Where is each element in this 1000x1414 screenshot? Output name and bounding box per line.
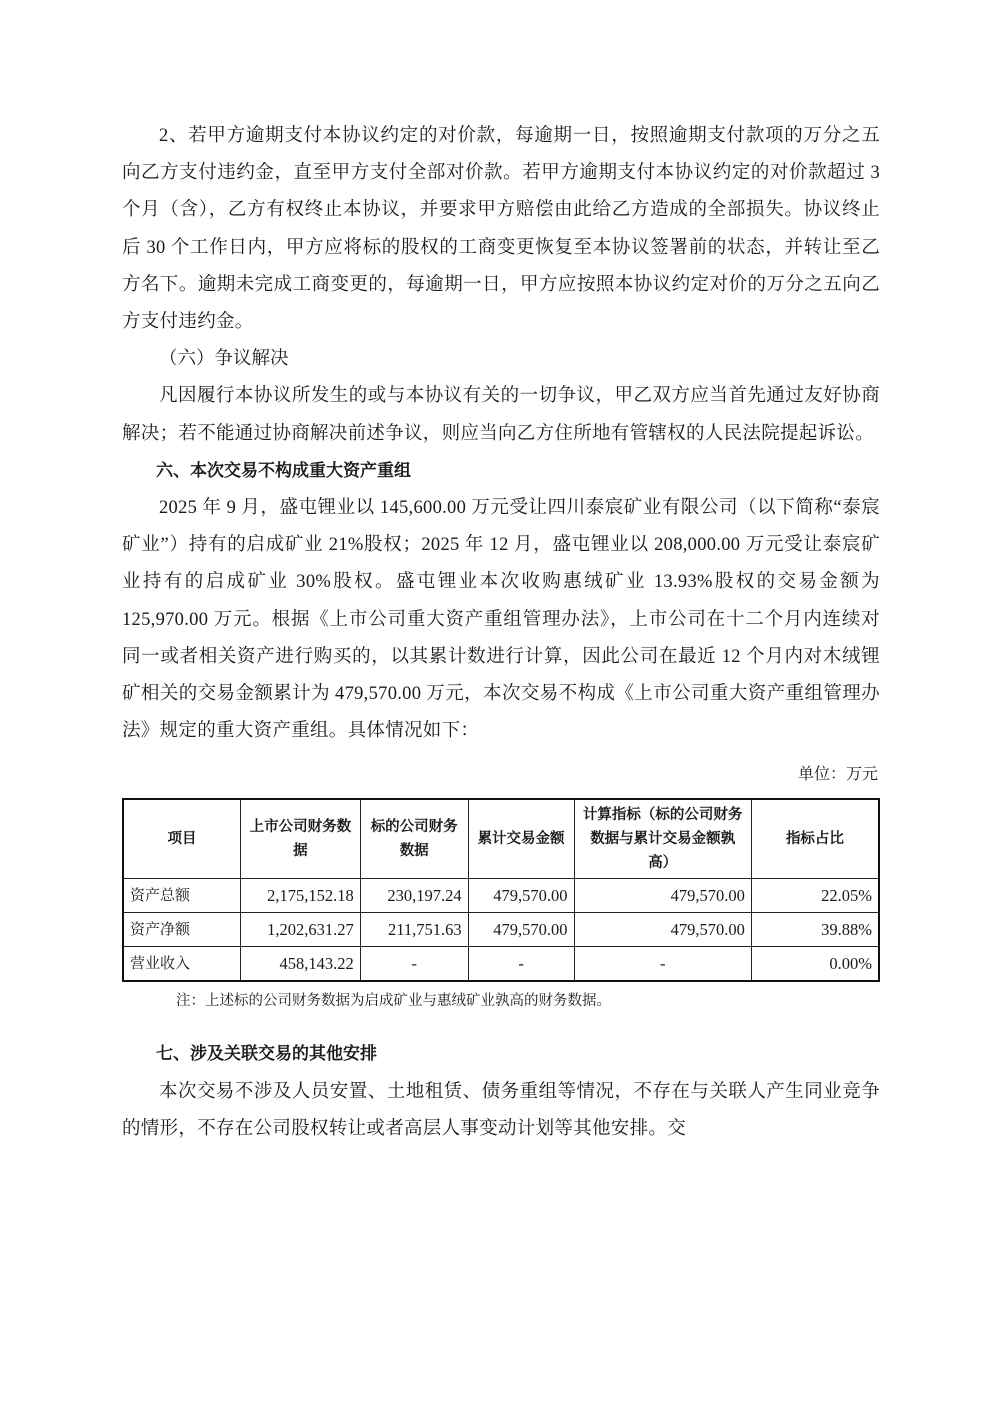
cell-value: 458,143.22 bbox=[240, 947, 360, 982]
header-calculation-indicator: 计算指标（标的公司财务数据与累计交易金额孰高） bbox=[574, 799, 751, 879]
table-footnote: 注：上述标的公司财务数据为启成矿业与惠绒矿业孰高的财务数据。 bbox=[122, 988, 880, 1014]
header-target-company-data: 标的公司财务数据 bbox=[360, 799, 468, 879]
cell-value: - bbox=[574, 947, 751, 982]
table-row: 资产总额 2,175,152.18 230,197.24 479,570.00 … bbox=[123, 879, 879, 913]
subsection-dispute-resolution-title: （六）争议解决 bbox=[122, 341, 880, 378]
table-row: 资产净额 1,202,631.27 211,751.63 479,570.00 … bbox=[123, 913, 879, 947]
row-label: 资产总额 bbox=[123, 879, 240, 913]
section-heading-other-arrangements: 七、涉及关联交易的其他安排 bbox=[122, 1036, 880, 1073]
cell-value: 0.00% bbox=[751, 947, 879, 982]
cell-value: 479,570.00 bbox=[574, 879, 751, 913]
paragraph-other-arrangements: 本次交易不涉及人员安置、土地租赁、债务重组等情况，不存在与关联人产生同业竞争的情… bbox=[122, 1074, 880, 1148]
cell-value: 2,175,152.18 bbox=[240, 879, 360, 913]
cell-value: 39.88% bbox=[751, 913, 879, 947]
header-item: 项目 bbox=[123, 799, 240, 879]
table-row: 营业收入 458,143.22 - - - 0.00% bbox=[123, 947, 879, 982]
cell-value: - bbox=[468, 947, 574, 982]
paragraph-breach-of-payment: 2、若甲方逾期支付本协议约定的对价款，每逾期一日，按照逾期支付款项的万分之五向乙… bbox=[122, 118, 880, 341]
financial-indicator-table: 项目 上市公司财务数据 标的公司财务数据 累计交易金额 计算指标（标的公司财务数… bbox=[122, 798, 880, 982]
row-label: 营业收入 bbox=[123, 947, 240, 982]
section-heading-not-major-restructuring: 六、本次交易不构成重大资产重组 bbox=[122, 453, 880, 490]
table-header-row: 项目 上市公司财务数据 标的公司财务数据 累计交易金额 计算指标（标的公司财务数… bbox=[123, 799, 879, 879]
document-page: 2、若甲方逾期支付本协议约定的对价款，每逾期一日，按照逾期支付款项的万分之五向乙… bbox=[122, 118, 880, 1148]
header-indicator-ratio: 指标占比 bbox=[751, 799, 879, 879]
cell-value: 479,570.00 bbox=[468, 879, 574, 913]
table-unit-label: 单位：万元 bbox=[122, 764, 880, 786]
cell-value: 479,570.00 bbox=[574, 913, 751, 947]
cell-value: 230,197.24 bbox=[360, 879, 468, 913]
cell-value: - bbox=[360, 947, 468, 982]
cell-value: 479,570.00 bbox=[468, 913, 574, 947]
cell-value: 22.05% bbox=[751, 879, 879, 913]
header-cumulative-amount: 累计交易金额 bbox=[468, 799, 574, 879]
row-label: 资产净额 bbox=[123, 913, 240, 947]
header-listed-company-data: 上市公司财务数据 bbox=[240, 799, 360, 879]
paragraph-dispute-resolution: 凡因履行本协议所发生的或与本协议有关的一切争议，甲乙双方应当首先通过友好协商解决… bbox=[122, 378, 880, 452]
paragraph-restructuring-details: 2025 年 9 月，盛屯锂业以 145,600.00 万元受让四川泰宸矿业有限… bbox=[122, 490, 880, 750]
cell-value: 1,202,631.27 bbox=[240, 913, 360, 947]
cell-value: 211,751.63 bbox=[360, 913, 468, 947]
